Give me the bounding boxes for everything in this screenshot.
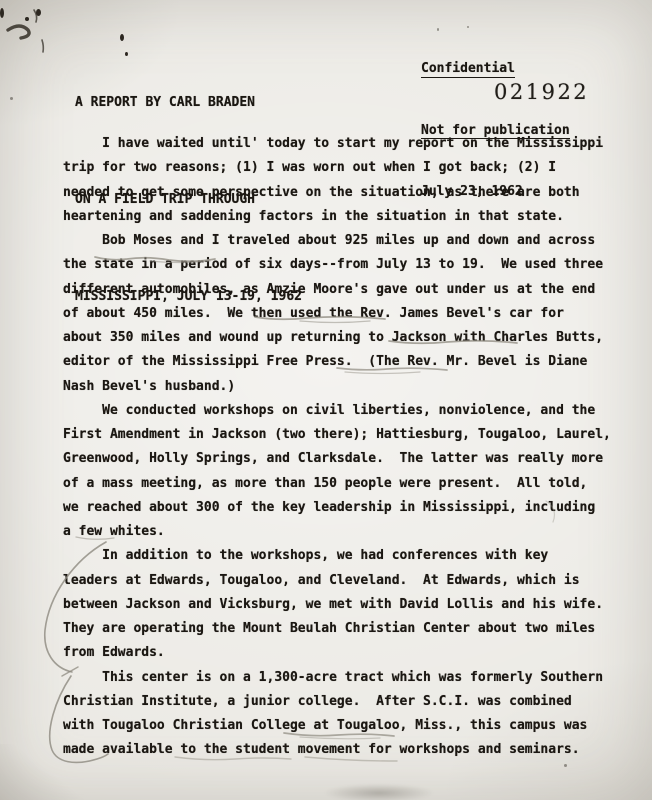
typed-line-13: First Amendment in Jackson (two there); … — [63, 423, 611, 447]
ink-speck — [467, 26, 469, 28]
ink-speck — [120, 34, 124, 41]
typed-line-17: a few whites. — [63, 520, 611, 544]
typed-line-23: This center is on a 1,300-acre tract whi… — [63, 666, 611, 690]
typed-line-22: from Edwards. — [63, 641, 611, 665]
typed-line-3: needed to get some perspective on the si… — [63, 181, 611, 205]
typed-line-4: heartening and saddening factors in the … — [63, 205, 611, 229]
ink-smudges-top-left — [8, 26, 29, 38]
ink-speck — [10, 97, 13, 100]
typed-line-5: Bob Moses and I traveled about 925 miles… — [63, 229, 611, 253]
report-body: I have waited until' today to start my r… — [63, 132, 611, 763]
ink-speck — [36, 9, 41, 16]
smudge-bottom-center — [325, 784, 433, 800]
typed-line-15: of a mass meeting, as more than 150 peop… — [63, 472, 611, 496]
ink-speck — [437, 28, 439, 31]
typed-line-21: They are operating the Mount Beulah Chri… — [63, 617, 611, 641]
ink-speck — [0, 8, 4, 18]
ink-smudge-stroke — [34, 10, 43, 52]
scanned-report-page: A REPORT BY CARL BRADEN ON A FIELD TRIP … — [0, 0, 652, 800]
confidential-label: Confidential — [421, 61, 515, 78]
typed-line-25: with Tougaloo Christian College at Touga… — [63, 714, 611, 738]
typed-line-11: Nash Bevel's husband.) — [63, 375, 611, 399]
typed-line-26: made available to the student movement f… — [63, 738, 611, 762]
typed-line-14: Greenwood, Holly Springs, and Clarksdale… — [63, 447, 611, 471]
report-title-line-1: A REPORT BY CARL BRADEN — [75, 87, 302, 119]
ink-speck — [25, 17, 29, 21]
ink-speck — [564, 764, 567, 767]
typed-line-20: between Jackson and Vicksburg, we met wi… — [63, 593, 611, 617]
typed-line-24: Christian Institute, a junior college. A… — [63, 690, 611, 714]
typed-line-6: the state in a period of six days--from … — [63, 253, 611, 277]
typed-line-10: editor of the Mississippi Free Press. (T… — [63, 350, 611, 374]
typed-line-1: I have waited until' today to start my r… — [63, 132, 611, 156]
confidential-line: Confidential — [421, 59, 570, 80]
archive-stamp-number: 021922 — [494, 80, 589, 104]
typed-line-9: about 350 miles and wound up returning t… — [63, 326, 611, 350]
paper-fold-shadow — [0, 744, 120, 800]
typed-line-12: We conducted workshops on civil libertie… — [63, 399, 611, 423]
typed-line-8: of about 450 miles. We then used the Rev… — [63, 302, 611, 326]
typed-line-19: leaders at Edwards, Tougaloo, and Clevel… — [63, 569, 611, 593]
typed-line-7: different automobiles, as Amzie Moore's … — [63, 278, 611, 302]
ink-speck — [125, 52, 128, 56]
typed-line-2: trip for two reasons; (1) I was worn out… — [63, 156, 611, 180]
typed-line-18: In addition to the workshops, we had con… — [63, 544, 611, 568]
typed-line-16: we reached about 300 of the key leadersh… — [63, 496, 611, 520]
